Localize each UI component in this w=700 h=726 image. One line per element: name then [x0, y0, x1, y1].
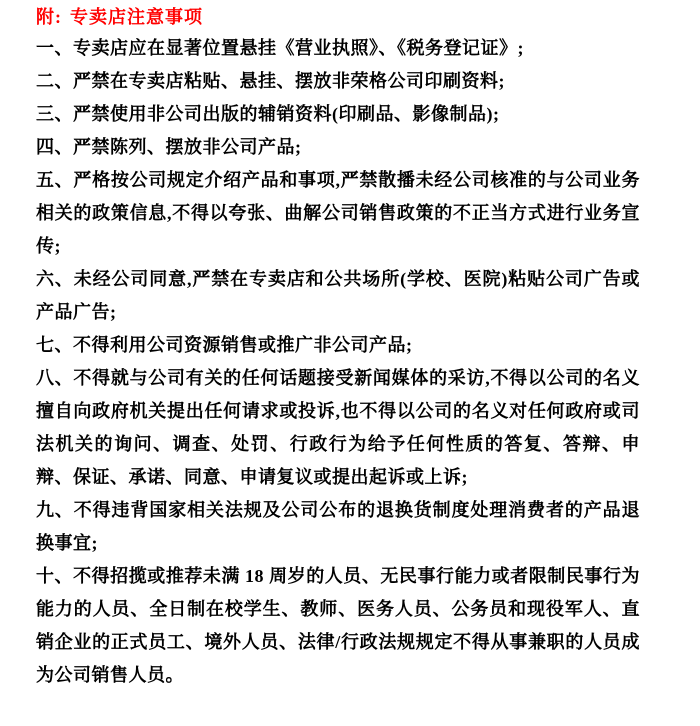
page-title: 附:专卖店注意事项 [36, 3, 640, 32]
notice-item-6: 六、未经公司同意,严禁在专卖店和公共场所(学校、医院)粘贴公司广告或产品广告; [36, 263, 640, 329]
document-content: 附:专卖店注意事项 一、专卖店应在显著位置悬挂《营业执照》、《税务登记证》; 二… [36, 3, 640, 692]
notice-item-8: 八、不得就与公司有关的任何话题接受新闻媒体的采访,不得以公司的名义擅自向政府机关… [36, 362, 640, 494]
notice-item-5: 五、严格按公司规定介绍产品和事项,严禁散播未经公司核准的与公司业务相关的政策信息… [36, 164, 640, 263]
notice-item-9: 九、不得违背国家相关法规及公司公布的退换货制度处理消费者的产品退换事宜; [36, 494, 640, 560]
notice-item-3: 三、严禁使用非公司出版的辅销资料(印刷品、影像制品); [36, 98, 640, 131]
notice-item-2: 二、严禁在专卖店粘贴、悬挂、摆放非荣格公司印刷资料; [36, 65, 640, 98]
notice-item-7: 七、不得利用公司资源销售或推广非公司产品; [36, 329, 640, 362]
notice-item-1: 一、专卖店应在显著位置悬挂《营业执照》、《税务登记证》; [36, 32, 640, 65]
notice-item-10: 十、不得招揽或推荐未满 18 周岁的人员、无民事行能力或者限制民事行为能力的人员… [36, 560, 640, 692]
title-text: 专卖店注意事项 [70, 7, 203, 27]
document-page: 附:专卖店注意事项 一、专卖店应在显著位置悬挂《营业执照》、《税务登记证》; 二… [0, 0, 700, 726]
title-prefix: 附: [36, 7, 62, 27]
notice-item-4: 四、严禁陈列、摆放非公司产品; [36, 131, 640, 164]
